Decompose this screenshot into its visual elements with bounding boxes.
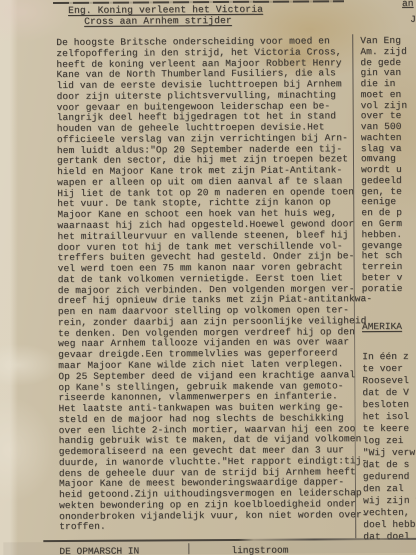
right-column-line: dat de s xyxy=(363,459,416,471)
right-column-line: den zal xyxy=(363,483,416,495)
article-body-column: De hoogste Britsche onderscheiding voor … xyxy=(56,36,373,533)
right-column-line: wij zijn v xyxy=(363,495,416,507)
right-column-line: besloten xyxy=(362,399,416,411)
article-title-line1: Eng. Koning verleent het Victoria xyxy=(68,4,263,16)
right-column-line: In één z xyxy=(362,351,416,363)
article-line: troffen. xyxy=(59,521,373,534)
scanned-newspaper-page: an J Eng. Koning verleent het Victoria C… xyxy=(0,0,416,555)
right-column-line: te voer xyxy=(362,363,416,375)
right-column-line: Roosevel xyxy=(362,375,416,387)
edge-fragment-right-mid: J xyxy=(410,14,416,25)
right-column-line: log zei xyxy=(363,435,416,447)
right-column-line: dat de V xyxy=(362,387,416,399)
right-column-line: vechten, xyxy=(363,507,416,519)
right-column-line: "Wij verw xyxy=(363,447,416,459)
next-section-title-fragment: DE OPMARSCH IN xyxy=(59,546,139,555)
right-column-line: doel hebb xyxy=(363,519,416,531)
right-column-line: te keere xyxy=(363,423,416,435)
right-column-bottom: In één zte voerRooseveldat de Vbeslotenh… xyxy=(362,351,416,543)
right-column-line: gedurend xyxy=(363,471,416,483)
next-section-text-fragment: lingstroom xyxy=(231,545,288,555)
right-column-line: poratie xyxy=(362,283,409,294)
edge-fragment-top-right: an xyxy=(402,0,413,9)
article-title-line2: Cross aan Arnhem strijder xyxy=(84,15,232,27)
page-content: an J Eng. Koning verleent het Victoria C… xyxy=(0,0,416,555)
right-column-top: Van EngAm. zijdde gedegin vandie inmoet … xyxy=(360,36,408,295)
right-column-line: het isol xyxy=(363,411,416,423)
section-heading-amerika: AMERIKA xyxy=(362,321,402,332)
bottom-column-divider xyxy=(188,543,189,554)
